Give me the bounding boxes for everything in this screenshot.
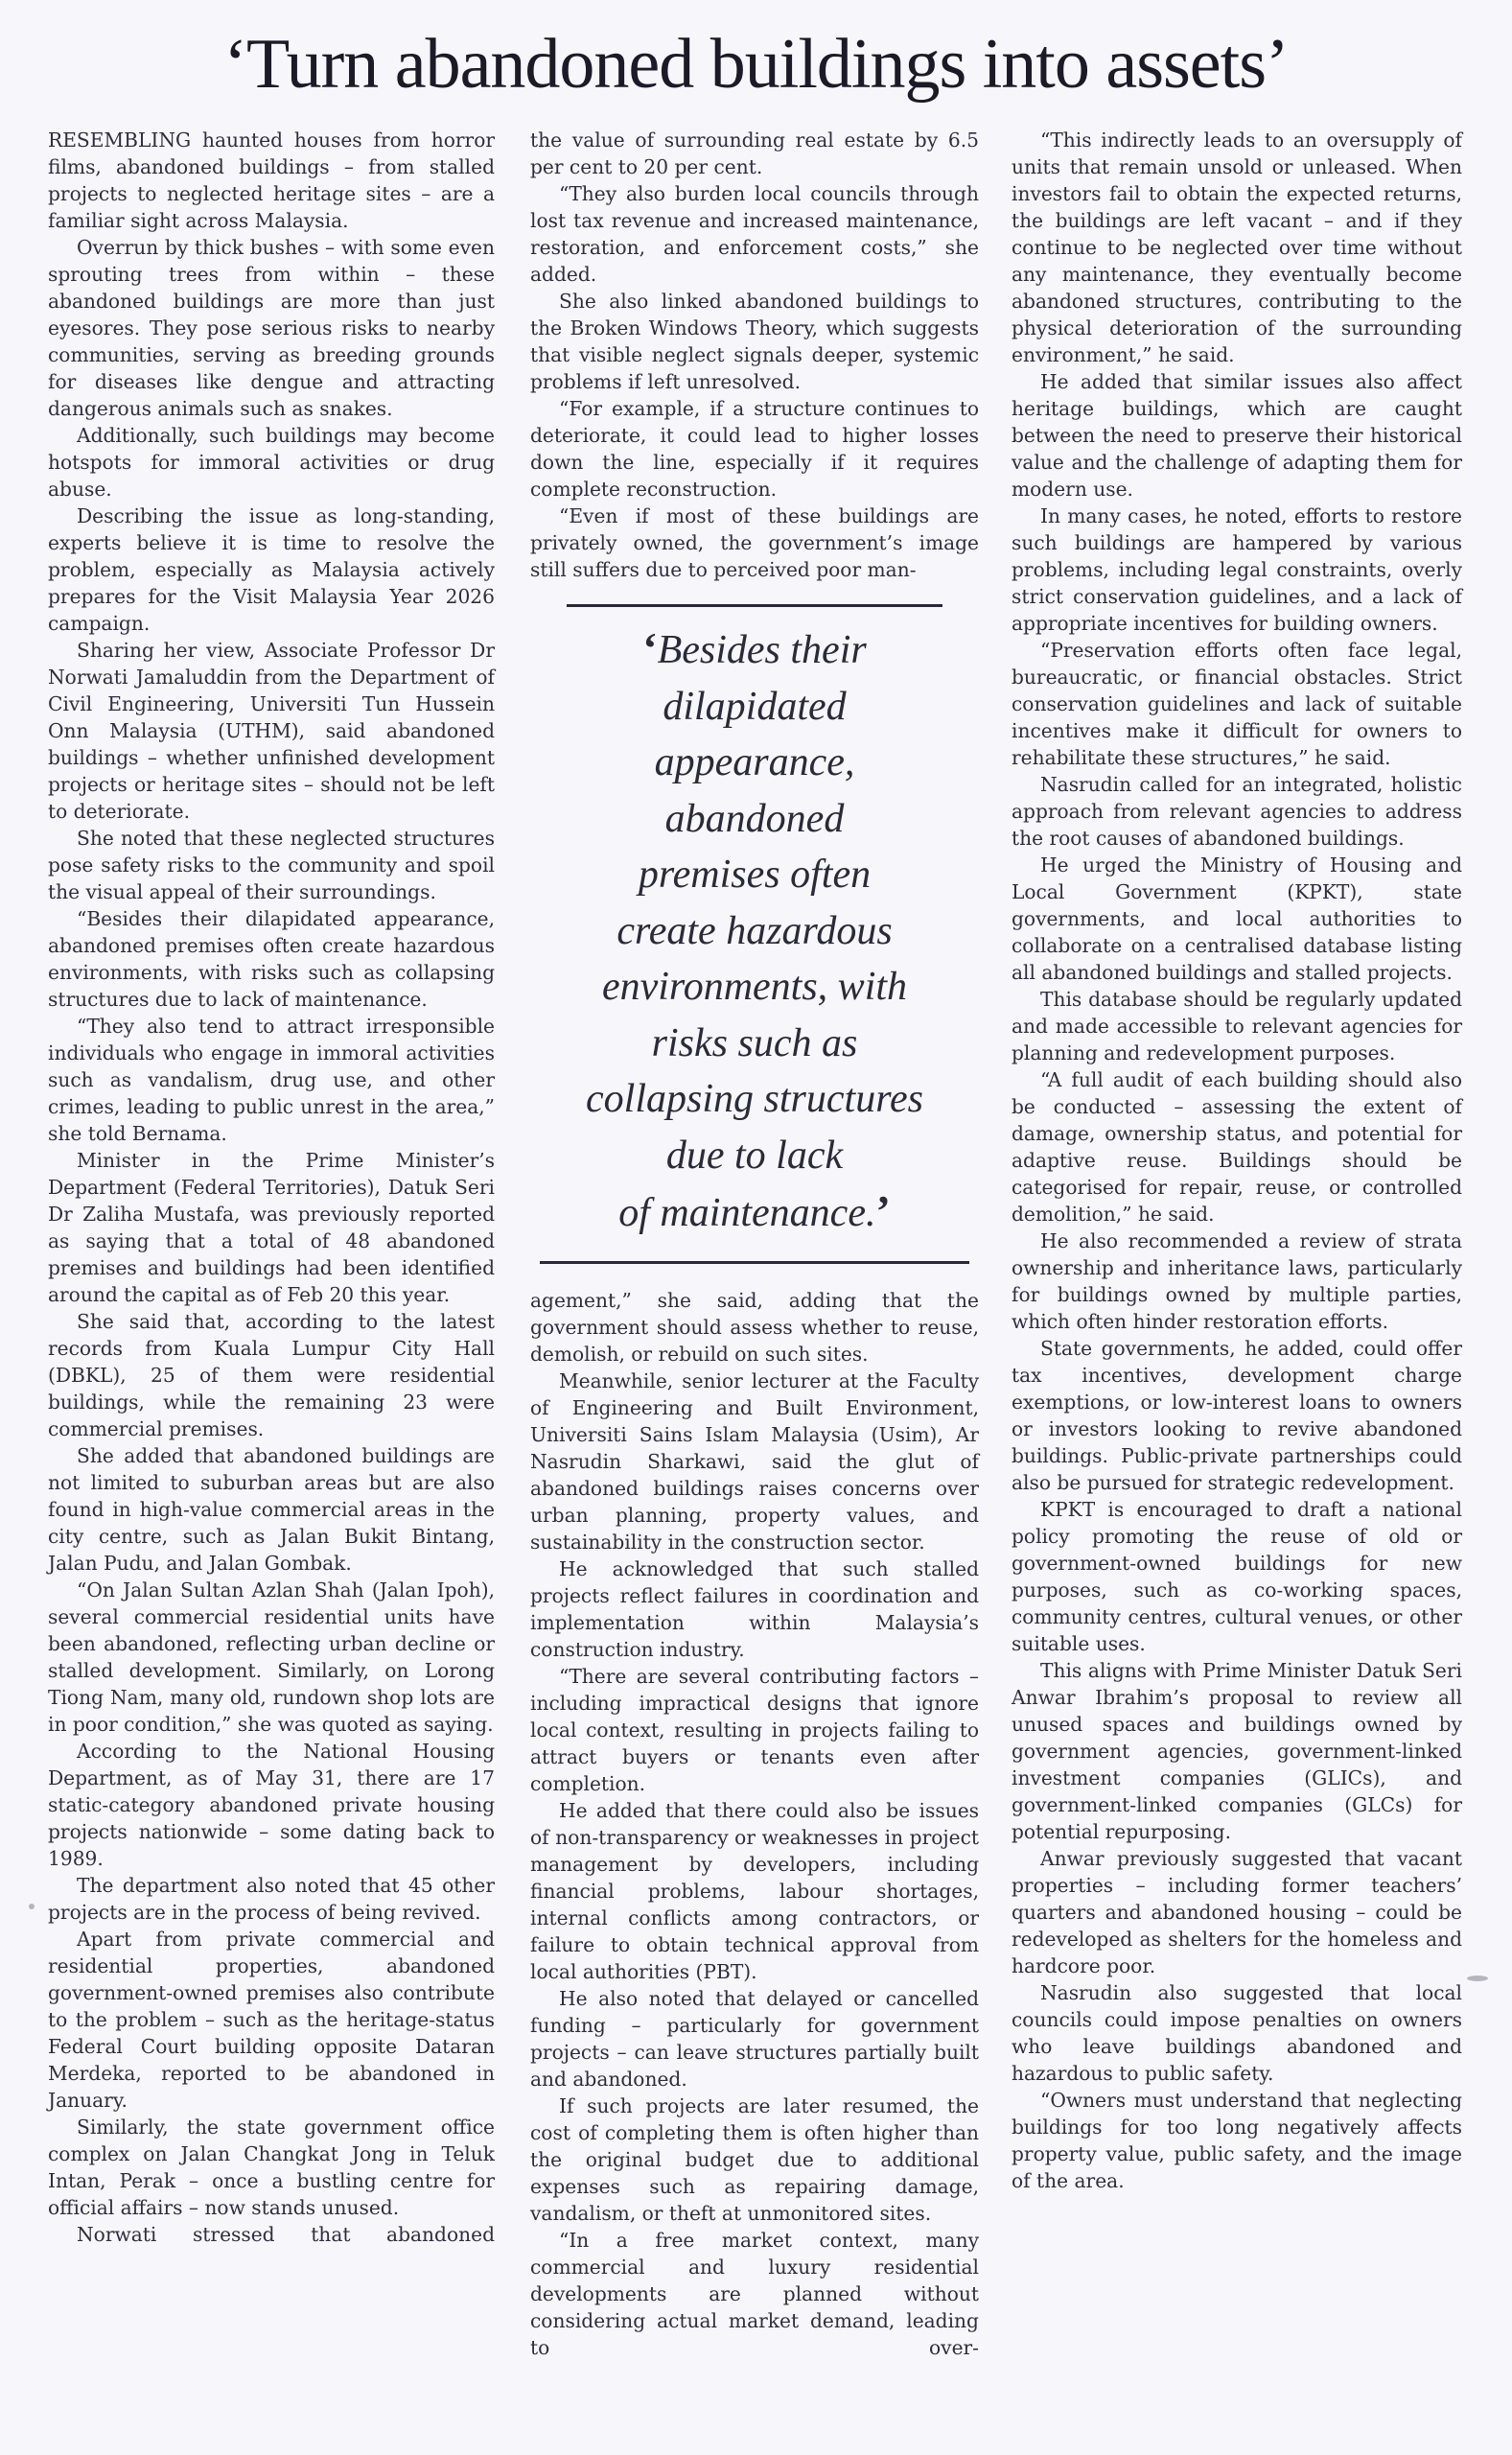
- paragraph: He urged the Ministry of Housing and Loc…: [1012, 852, 1462, 986]
- paragraph: The department also noted that 45 other …: [48, 1872, 495, 1926]
- paragraph: He also recommended a review of strata o…: [1012, 1227, 1462, 1335]
- paragraph: This aligns with Prime Minister Datuk Se…: [1012, 1657, 1462, 1845]
- pull-quote-body: ‘Besides their dilapidated appearance, a…: [547, 607, 962, 1261]
- paragraph: “This indirectly leads to an oversupply …: [1012, 127, 1462, 368]
- paragraph: Meanwhile, senior lecturer at the Facult…: [530, 1368, 979, 1555]
- lead-paragraph: RESEMBLING haunted houses from horror fi…: [48, 127, 495, 234]
- paragraph: He also noted that delayed or cancelled …: [530, 1985, 979, 2093]
- paragraph: This database should be regularly update…: [1012, 986, 1462, 1066]
- paragraph: KPKT is encouraged to draft a national p…: [1012, 1496, 1462, 1657]
- newspaper-clipping: ‘Turn abandoned buildings into assets’ R…: [0, 0, 1512, 2455]
- scan-smudge-mark: [29, 1904, 35, 1909]
- article-column-3: “This indirectly leads to an oversupply …: [1012, 127, 1462, 2194]
- article-column-1: RESEMBLING haunted houses from horror fi…: [48, 127, 495, 2248]
- paragraph: Apart from private commercial and reside…: [48, 1926, 495, 2114]
- headline: ‘Turn abandoned buildings into assets’: [0, 21, 1512, 107]
- pull-quote-bottom-rule: [540, 1261, 969, 1264]
- paragraph: Sharing her view, Associate Professor Dr…: [48, 637, 495, 825]
- paragraph: “For example, if a structure continues t…: [530, 395, 979, 503]
- paragraph: He added that there could also be issues…: [530, 1797, 979, 1985]
- paragraph: She noted that these neglected structure…: [48, 825, 495, 905]
- paragraph: Similarly, the state government office c…: [48, 2114, 495, 2221]
- paragraph: “Besides their dilapidated appearance, a…: [48, 905, 495, 1013]
- paragraph: “In a free market context, many commerci…: [530, 2227, 979, 2361]
- paragraph: Anwar previously suggested that vacant p…: [1012, 1845, 1462, 1979]
- open-quote-mark-icon: ‘: [642, 623, 657, 672]
- paragraph: “They also tend to attract irresponsible…: [48, 1013, 495, 1147]
- close-quote-mark-icon: ’: [875, 1186, 890, 1235]
- scan-smudge-mark: [1467, 1976, 1488, 1981]
- paragraph: Additionally, such buildings may become …: [48, 422, 495, 503]
- paragraph: “Preservation efforts often face legal, …: [1012, 637, 1462, 771]
- paragraph: According to the National Housing Depart…: [48, 1738, 495, 1872]
- paragraph: She added that abandoned buildings are n…: [48, 1442, 495, 1577]
- paragraph: He acknowledged that such stalled projec…: [530, 1555, 979, 1663]
- paragraph: Norwati stressed that abandoned: [48, 2221, 495, 2248]
- paragraph: Describing the issue as long-standing, e…: [48, 503, 495, 637]
- paragraph: She said that, according to the latest r…: [48, 1308, 495, 1442]
- article-column-2: the value of surrounding real estate by …: [530, 127, 979, 2361]
- paragraph: In many cases, he noted, efforts to rest…: [1012, 503, 1462, 637]
- paragraph: “On Jalan Sultan Azlan Shah (Jalan Ipoh)…: [48, 1577, 495, 1738]
- paragraph: “Owners must understand that neglecting …: [1012, 2087, 1462, 2194]
- paragraph: Overrun by thick bushes – with some even…: [48, 234, 495, 422]
- paragraph: Nasrudin also suggested that local counc…: [1012, 1979, 1462, 2087]
- paragraph: “Even if most of these buildings are pri…: [530, 503, 979, 583]
- paragraph: the value of surrounding real estate by …: [530, 127, 979, 180]
- paragraph: “A full audit of each building should al…: [1012, 1066, 1462, 1227]
- paragraph: She also linked abandoned buildings to t…: [530, 288, 979, 395]
- paragraph: agement,” she said, adding that the gove…: [530, 1287, 979, 1368]
- pull-quote: ‘Besides their dilapidated appearance, a…: [547, 604, 962, 1264]
- paragraph: He added that similar issues also affect…: [1012, 368, 1462, 503]
- pull-quote-text: Besides their dilapidated appearance, ab…: [586, 628, 923, 1235]
- paragraph: Nasrudin called for an integrated, holis…: [1012, 771, 1462, 852]
- paragraph: If such projects are later resumed, the …: [530, 2093, 979, 2227]
- paragraph: Minister in the Prime Minister’s Departm…: [48, 1147, 495, 1308]
- paragraph: State governments, he added, could offer…: [1012, 1335, 1462, 1496]
- paragraph: “There are several contributing factors …: [530, 1663, 979, 1797]
- paragraph: “They also burden local councils through…: [530, 180, 979, 288]
